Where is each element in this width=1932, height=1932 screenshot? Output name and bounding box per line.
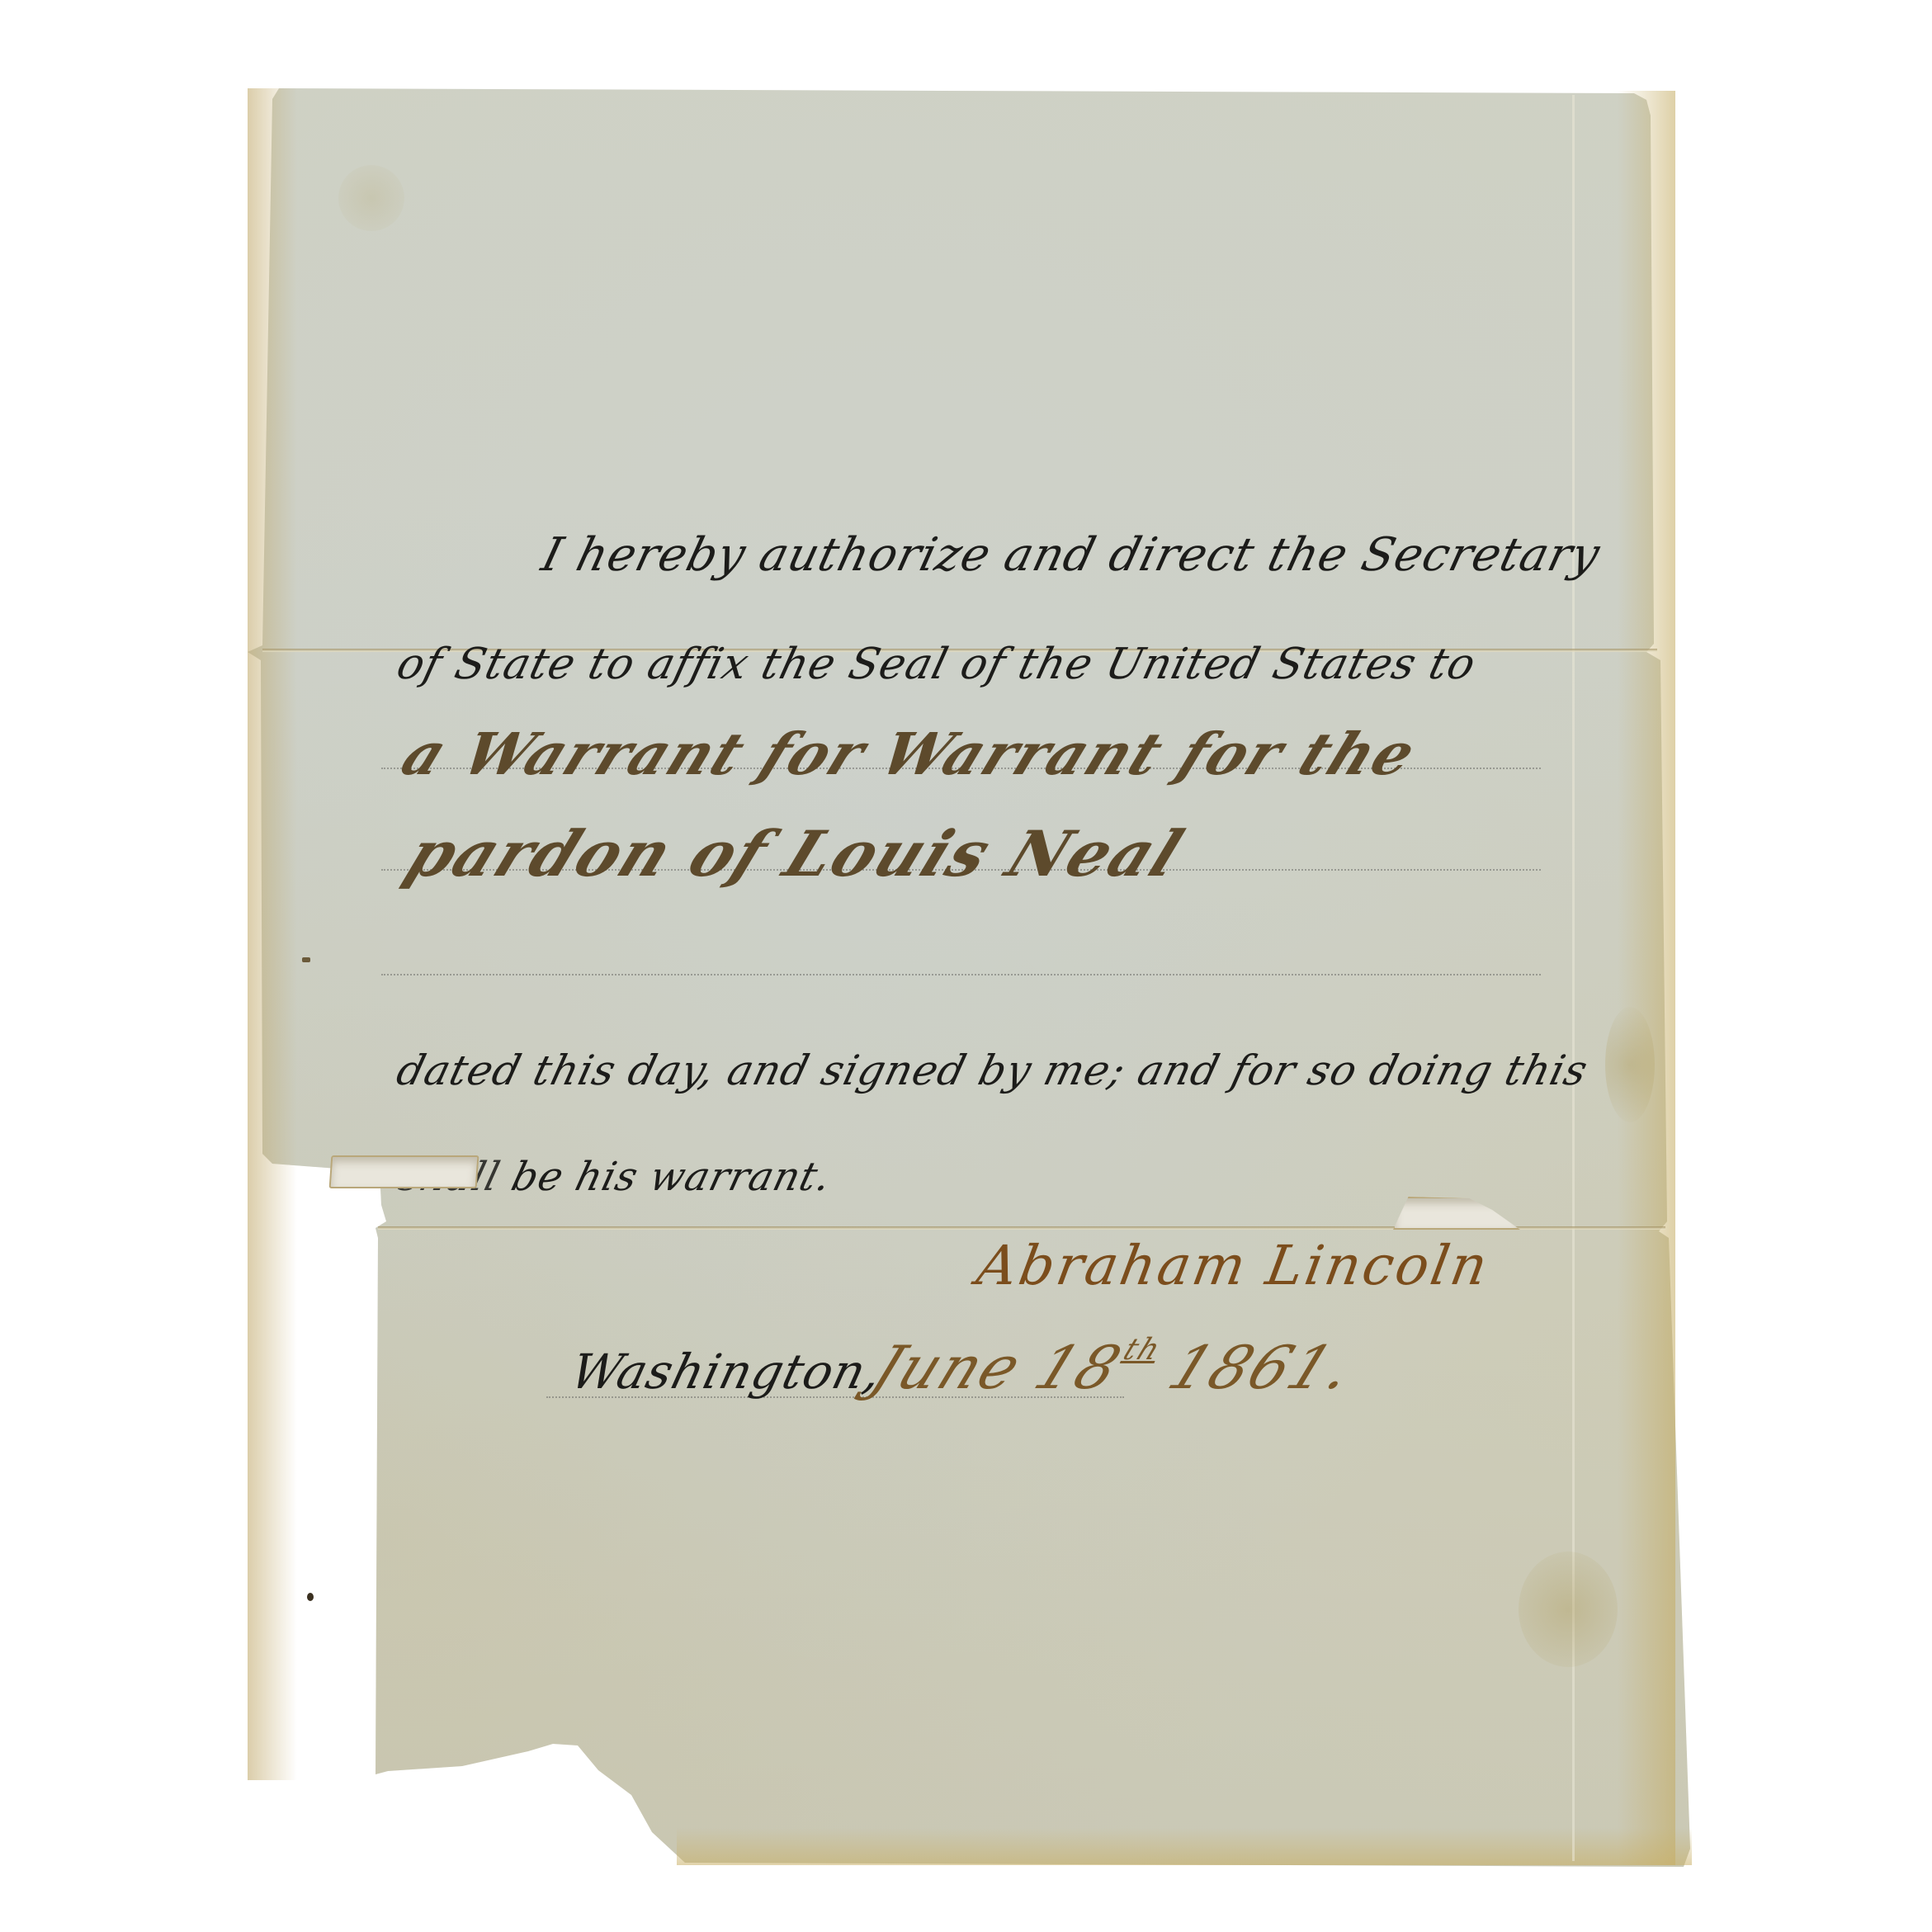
handwritten-date: June 18th 1861. (862, 1333, 1365, 1402)
stain-mark (1605, 1007, 1655, 1122)
handwritten-line-warrant: a Warrant for Warrant for the (392, 720, 1427, 788)
date-year: 1861. (1138, 1333, 1365, 1402)
printed-line-authorize: I hereby authorize and direct the Secret… (536, 528, 1605, 582)
printed-place: Washington, (565, 1344, 888, 1400)
handwritten-line-pardon: pardon of Louis Neal (396, 817, 1194, 890)
printed-line-seal: of State to affix the Seal of the United… (392, 640, 1481, 689)
stain-mark (1519, 1552, 1618, 1667)
stain-mark (338, 165, 404, 231)
pin-hole (302, 957, 310, 962)
paper-sheet (0, 0, 1932, 1932)
document-photo: I hereby authorize and direct the Secret… (0, 0, 1932, 1932)
date-month-day: June 18 (862, 1333, 1132, 1402)
pin-hole (307, 1593, 314, 1601)
signature: Abraham Lincoln (972, 1234, 1495, 1297)
paper-tear-left (329, 1155, 479, 1188)
printed-line-dated: dated this day, and signed by me; and fo… (392, 1046, 1593, 1094)
printed-line-warrant-rest: be his warrant. (494, 1154, 836, 1200)
